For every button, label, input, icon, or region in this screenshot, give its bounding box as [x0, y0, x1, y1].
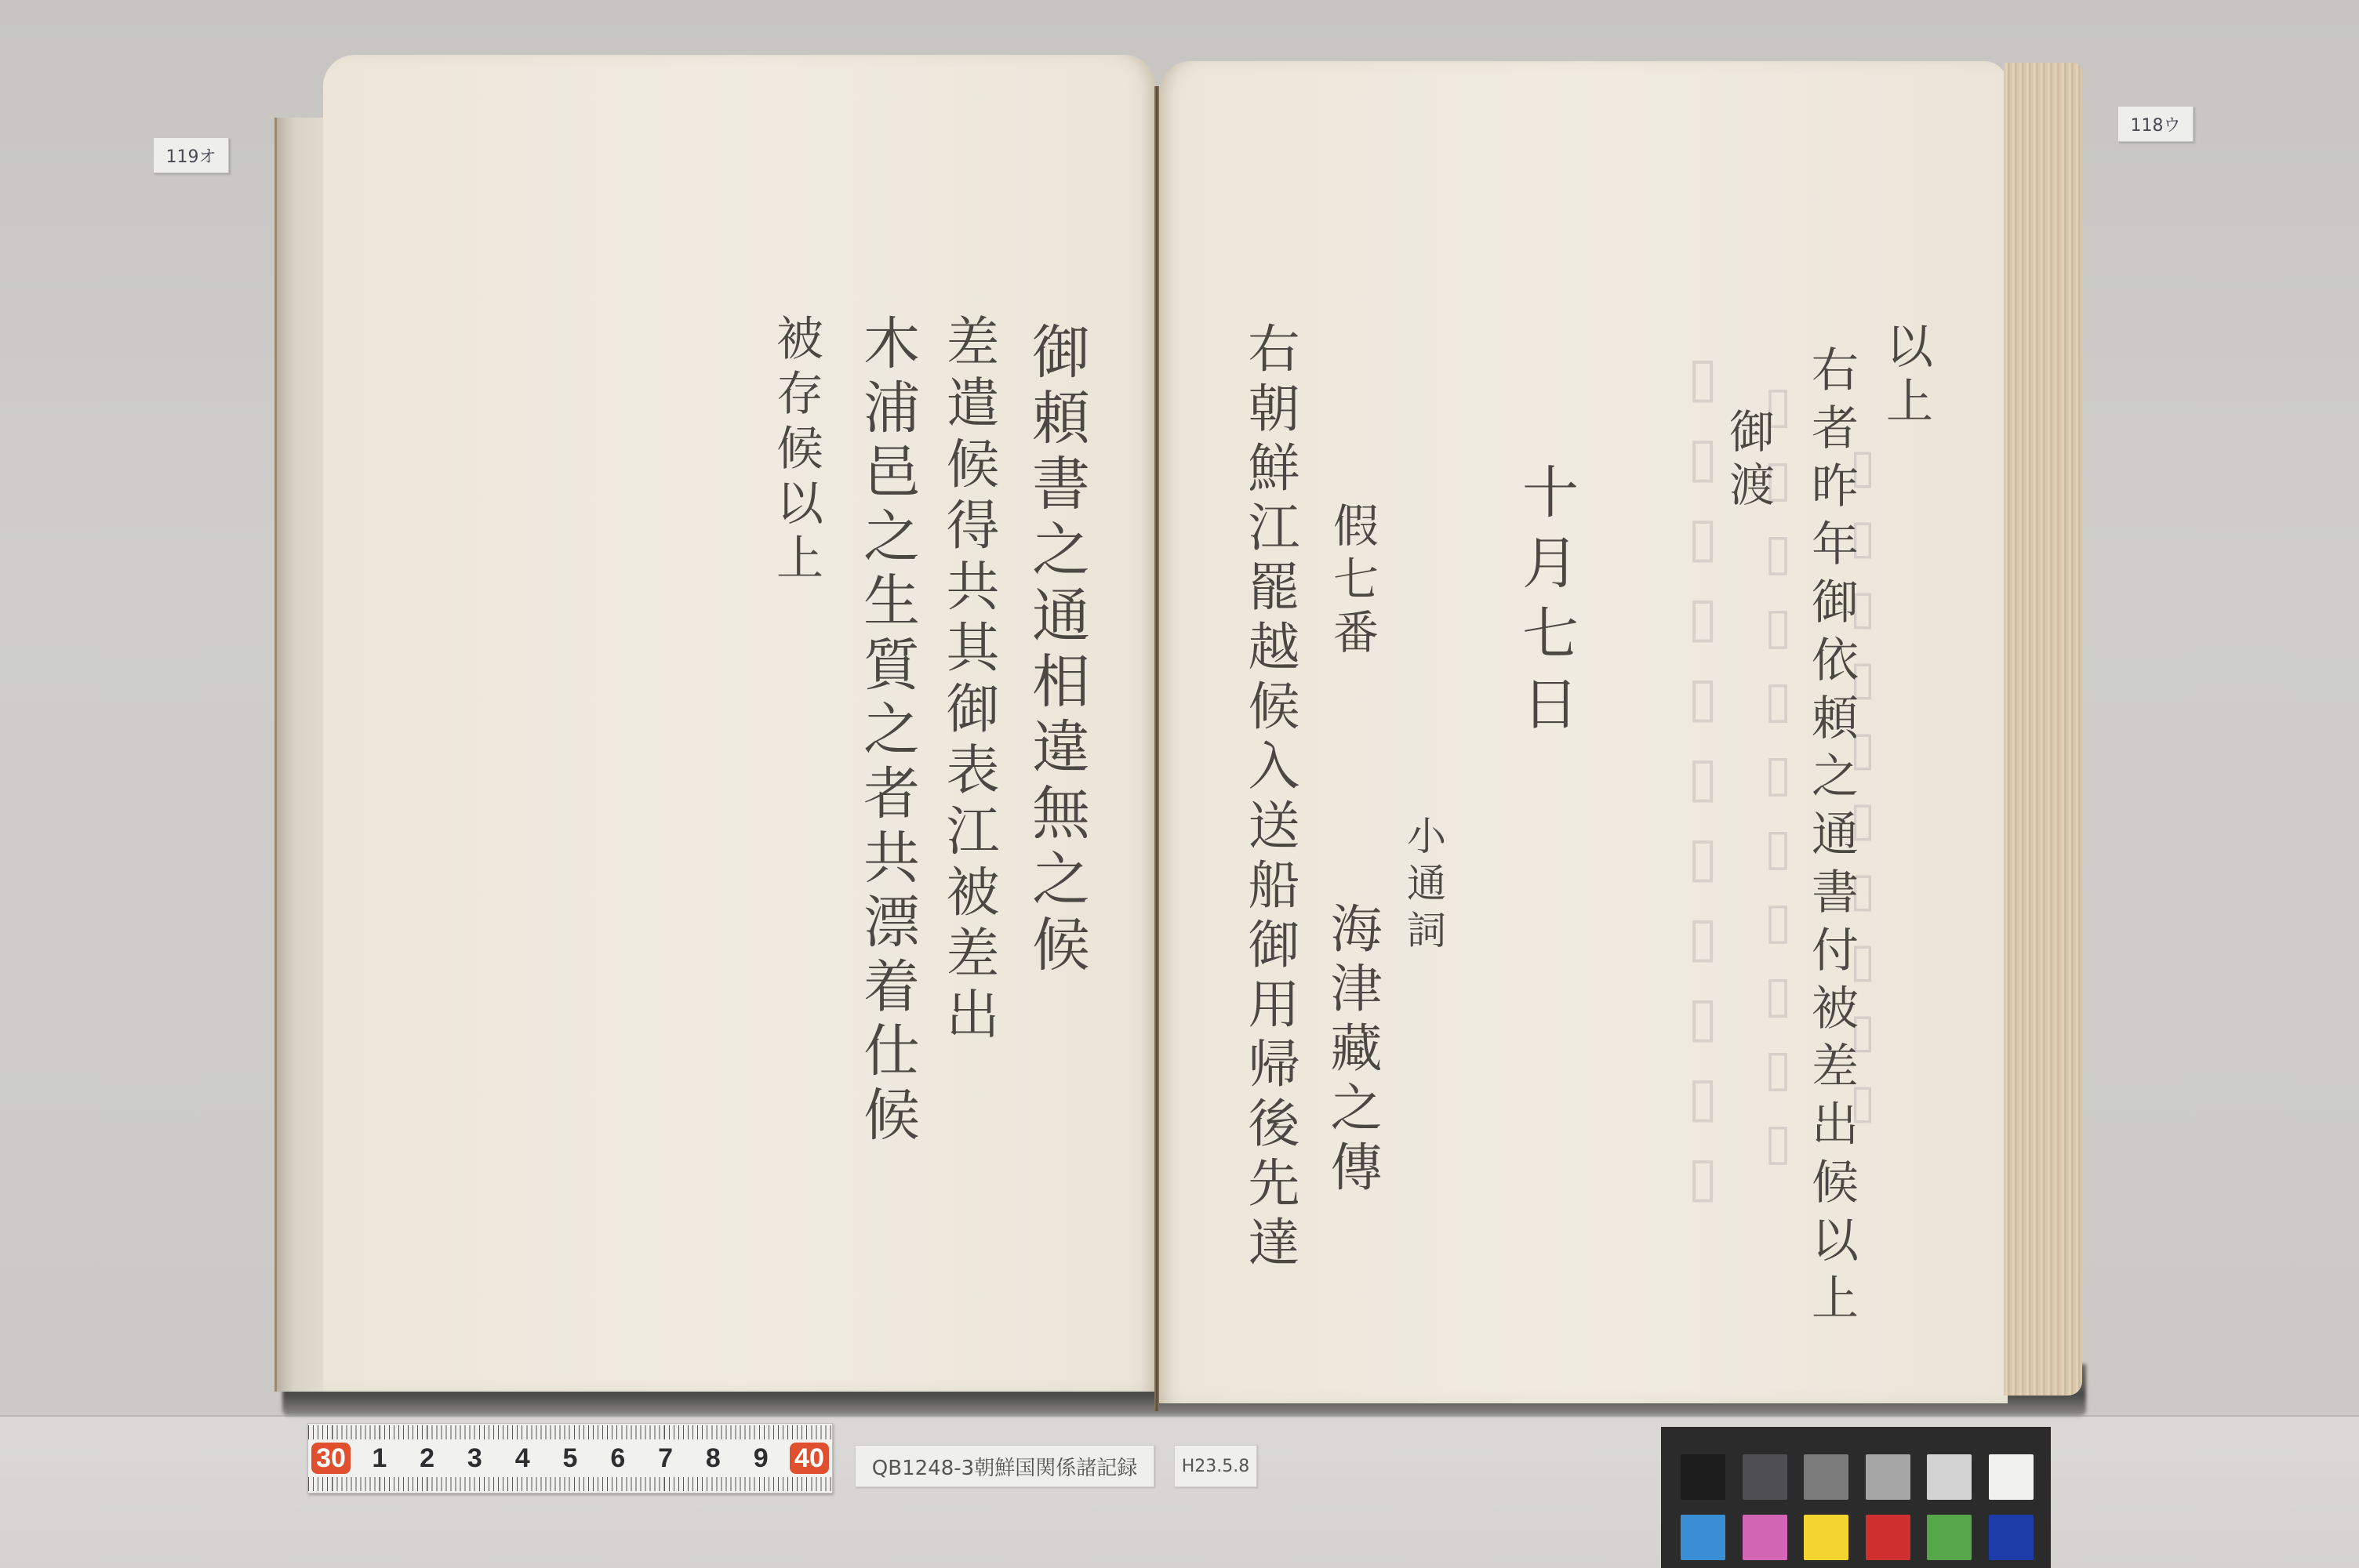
- manuscript-column: 被存候以上: [772, 314, 820, 588]
- folio-label-left: 119オ: [153, 137, 229, 173]
- book-spine: [1154, 86, 1159, 1411]
- open-manuscript: ▯▯▯▯▯▯▯▯▯▯▯ ▯▯▯▯▯▯▯▯▯▯▯ ▯▯▯▯▯▯▯▯▯▯ 御頼書之通…: [0, 0, 2359, 1415]
- swatch-white: [1989, 1454, 2034, 1500]
- swatch-blue: [1989, 1515, 2034, 1560]
- catalog-label: QB1248-3朝鮮国関係諸記録: [855, 1445, 1154, 1487]
- manuscript-column: 御渡: [1725, 408, 1771, 514]
- date-column: 十月七日: [1518, 463, 1574, 745]
- manuscript-column: 右者昨年御依頼之通書付被差出候以上: [1808, 345, 1855, 1331]
- date-label: H23.5.8: [1174, 1445, 1257, 1487]
- manuscript-column: 差遣候得共其御表江被差出: [941, 314, 994, 1047]
- manuscript-column: 假七番: [1329, 502, 1375, 662]
- ruler-number: 7: [647, 1443, 685, 1474]
- color-swatch-row: [1681, 1515, 2034, 1560]
- color-calibration-chart: [1661, 1427, 2051, 1568]
- ruler-numbers: 30 1 2 3 4 5 6 7 8 9 40: [308, 1443, 832, 1474]
- manuscript-column: 海津藏之傳: [1325, 902, 1377, 1200]
- swatch-pale-gray: [1927, 1454, 1972, 1500]
- swatch-mid-gray: [1804, 1454, 1848, 1500]
- swatch-red: [1866, 1515, 1910, 1560]
- ruler-number: 5: [551, 1443, 589, 1474]
- manuscript-column: 以上: [1882, 321, 1929, 431]
- book-fore-edge: [2004, 63, 2082, 1396]
- swatch-light-gray: [1866, 1454, 1910, 1500]
- manuscript-column: 小通詞: [1404, 815, 1443, 956]
- manuscript-column: 木浦邑之生質之者共漂着仕候: [859, 314, 915, 1149]
- swatch-cyan: [1681, 1515, 1725, 1560]
- ruler-end-label: 40: [790, 1443, 829, 1474]
- manuscript-column: 右朝鮮江罷越候入送船御用帰後先達: [1243, 321, 1295, 1275]
- swatch-magenta: [1743, 1515, 1787, 1560]
- ruler-number: 1: [361, 1443, 398, 1474]
- grayscale-swatch-row: [1681, 1454, 2034, 1500]
- ruler-start-label: 30: [311, 1443, 351, 1474]
- swatch-green: [1927, 1515, 1972, 1560]
- ruler-number: 3: [456, 1443, 493, 1474]
- ruler-number: 6: [599, 1443, 637, 1474]
- folio-label-right: 118ウ: [2117, 106, 2194, 142]
- swatch-yellow: [1804, 1515, 1848, 1560]
- swatch-dark-gray: [1743, 1454, 1787, 1500]
- scale-ruler: 30 1 2 3 4 5 6 7 8 9 40: [307, 1423, 833, 1494]
- ruler-number: 9: [742, 1443, 780, 1474]
- ruler-number: 4: [503, 1443, 541, 1474]
- swatch-black: [1681, 1454, 1725, 1500]
- manuscript-column: 御頼書之通相違無之候: [1027, 321, 1085, 980]
- ruler-ticks: [308, 1425, 832, 1439]
- ruler-ticks: [308, 1477, 832, 1491]
- ruler-number: 2: [409, 1443, 446, 1474]
- ruler-number: 8: [694, 1443, 732, 1474]
